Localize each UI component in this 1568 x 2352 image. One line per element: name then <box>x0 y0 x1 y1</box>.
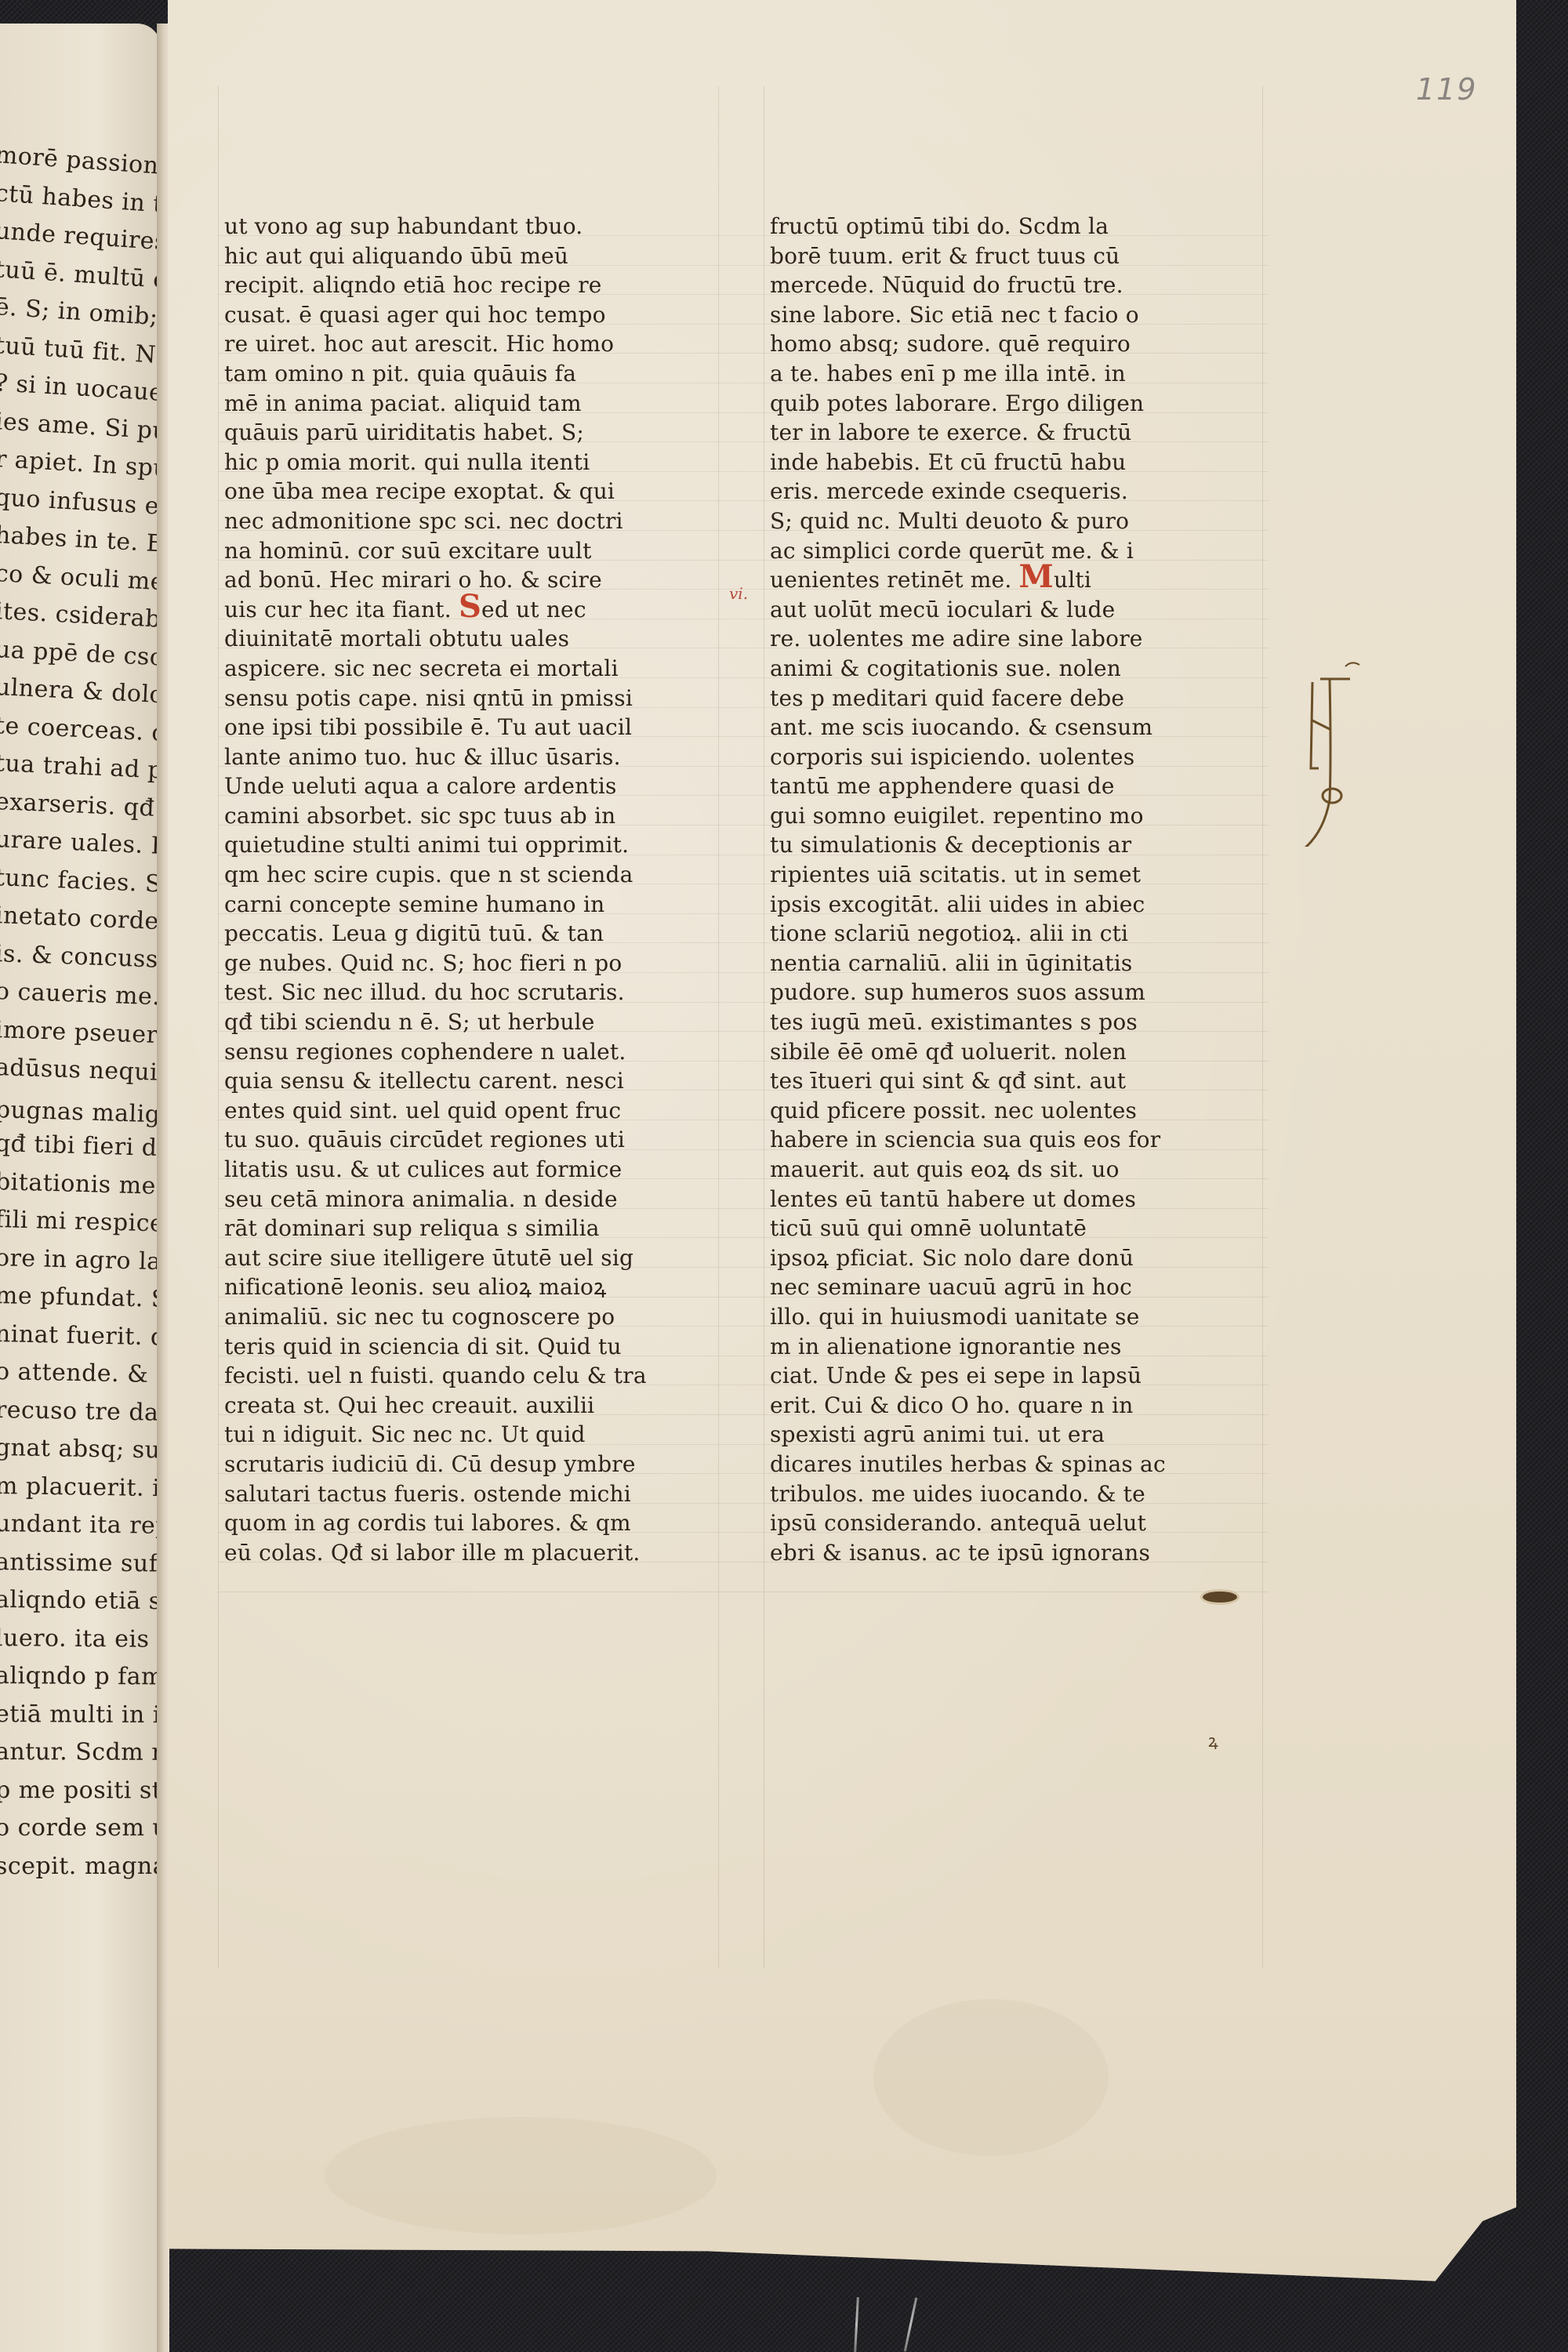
left-page-text-line: imore pseuerauerans. <box>0 1016 161 1053</box>
text-line: homo absq; sudore. quē requiro <box>770 329 1240 359</box>
line-text: carni concepte semine humano in <box>224 891 604 917</box>
text-line: a te. habes enī p me illa intē. in <box>770 359 1240 389</box>
left-page-text-line: me pfundat. S; pt qu <box>0 1282 161 1315</box>
left-page-text-line: luero. ita eis attenuat <box>0 1624 161 1654</box>
line-text: erit. Cui & dico O ho. quare n in <box>770 1392 1134 1418</box>
text-line: gui somno euigilet. repentino mo <box>770 801 1240 831</box>
text-line: re uiret. hoc aut arescit. Hic homo <box>224 329 695 359</box>
line-text: homo absq; sudore. quē requiro <box>770 331 1131 357</box>
ruling-line-vertical <box>1262 86 1263 1968</box>
text-line: hic aut qui aliquando ūbū meū <box>224 241 695 271</box>
line-text: S; quid nc. Multi deuoto & puro <box>770 508 1129 534</box>
text-line: teris quid in sciencia di sit. Quid tu <box>224 1332 695 1362</box>
left-page-text-line: quo infusus es. omē q <box>0 484 161 526</box>
rubricated-initial-s: S <box>459 588 481 625</box>
text-line: qđ tibi sciendu n ē. S; ut herbule <box>224 1007 695 1037</box>
left-page-text-line: m placuerit. ipsa fru <box>0 1472 161 1504</box>
left-page-text-line: p me positi st. hom <box>0 1777 161 1805</box>
line-text: aspicere. sic nec secreta ei mortali <box>224 655 619 681</box>
text-line: tui n idiguit. Sic nec nc. Ut quid <box>224 1420 695 1450</box>
text-line: na hominū. cor suū excitare uult <box>224 536 695 566</box>
line-text: inde habebis. Et cū fructū habu <box>770 449 1126 475</box>
left-page-text-line: tua trahi ad peccatu <box>0 750 161 788</box>
line-text: aut scire siue itelligere ūtutē uel sig <box>224 1245 633 1271</box>
left-page-text-line: adūsus nequitias car <box>0 1054 161 1089</box>
text-line: lante animo tuo. huc & illuc ūsaris. <box>224 742 695 772</box>
text-line: ripientes uiā scitatis. ut in semet <box>770 860 1240 890</box>
text-line: eris. mercede exinde csequeris. <box>770 477 1240 506</box>
text-line: tes ītueri qui sint & qđ sint. aut <box>770 1066 1240 1096</box>
text-line: animi & cogitationis sue. nolen <box>770 654 1240 684</box>
text-line: erit. Cui & dico O ho. quare n in <box>770 1391 1240 1421</box>
line-text: nentia carnaliū. alii in ūginitatis <box>770 950 1132 976</box>
left-page-text-line: antissime sufficienti <box>0 1548 161 1579</box>
left-page-text-line: co & oculi mei acutiss <box>0 560 161 601</box>
text-line: Unde ueluti aqua a calore ardentis <box>224 771 695 801</box>
nota-marginal-sign <box>1289 643 1383 831</box>
line-text: ipsoꝝ pficiat. Sic nolo dare donū <box>770 1245 1134 1271</box>
text-line: aut uolūt mecū ioculari & lude <box>770 595 1240 625</box>
line-text: ad bonū. Hec mirari o ho. & scire <box>224 567 602 593</box>
line-text: aut uolūt mecū ioculari & lude <box>770 597 1115 622</box>
left-page-text-line: is. & concusso timore <box>0 940 161 977</box>
text-line: borē tuum. erit & fruct tuus cū <box>770 241 1240 271</box>
text-line: lentes eū tantū habere ut domes <box>770 1185 1240 1214</box>
left-page-text-line: scepit. magna dona <box>0 1853 161 1880</box>
line-text: tione sclariū negotioꝝ. alii in cti <box>770 920 1128 946</box>
line-text: camini absorbet. sic spc tuus ab in <box>224 803 615 829</box>
line-text: quom in ag cordis tui labores. & qm <box>224 1510 631 1536</box>
text-line: habere in sciencia sua quis eos for <box>770 1125 1240 1155</box>
text-line: ciat. Unde & pes ei sepe in lapsū <box>770 1361 1240 1391</box>
line-text: recipit. aliqndo etiā hoc recipe re <box>224 272 602 298</box>
line-text: na hominū. cor suū excitare uult <box>224 538 592 564</box>
line-text: ut vono ag sup habundant tbuo. <box>224 213 583 239</box>
text-line: aut scire siue itelligere ūtutē uel sig <box>224 1243 695 1273</box>
text-line: uis cur hec ita fiant. Sed ut nec <box>224 595 695 625</box>
text-line: rāt dominari sup reliqua s similia <box>224 1214 695 1243</box>
line-text: ticū suū qui omnē uoluntatē <box>770 1215 1087 1241</box>
text-line: tam omino n pit. quia quāuis fa <box>224 359 695 389</box>
text-line: creata st. Qui hec creauit. auxilii <box>224 1391 695 1421</box>
text-line: inde habebis. Et cū fructū habu <box>770 448 1240 477</box>
text-line: dicares inutiles herbas & spinas ac <box>770 1450 1240 1479</box>
left-page-text-line: ninat fuerit. dat fru <box>0 1320 161 1352</box>
text-line: tes p meditari quid facere debe <box>770 684 1240 713</box>
line-text: ac simplici corde querūt me. & i <box>770 538 1134 564</box>
line-text: mē in anima paciat. aliquid tam <box>224 390 582 416</box>
line-text: fecisti. uel n fuisti. quando celu & tra <box>224 1363 647 1388</box>
line-text: sibile ēē omē qđ uoluerit. nolen <box>770 1039 1127 1065</box>
line-text: litatis usu. & ut culices aut formice <box>224 1156 622 1182</box>
line-text: uenientes retinēt me. <box>770 567 1019 593</box>
line-text: test. Sic nec illud. du hoc scrutaris. <box>224 979 625 1005</box>
line-text: tu suo. quāuis circūdet regiones uti <box>224 1127 625 1152</box>
line-text: salutari tactus fueris. ostende michi <box>224 1481 631 1507</box>
text-line: fecisti. uel n fuisti. quando celu & tra <box>224 1361 695 1391</box>
text-line: nec seminare uacuū agrū in hoc <box>770 1272 1240 1302</box>
text-line: mercede. Nūquid do fructū tre. <box>770 270 1240 300</box>
line-text: sine labore. Sic etiā nec t facio o <box>770 302 1139 328</box>
line-text: quib potes laborare. Ergo diligen <box>770 390 1144 416</box>
line-text: borē tuum. erit & fruct tuus cū <box>770 243 1120 269</box>
text-line: salutari tactus fueris. ostende michi <box>224 1479 695 1509</box>
left-page-text-line: te coerceas. cū senseris <box>0 712 161 753</box>
text-line: cusat. ē quasi ager qui hoc tempo <box>224 300 695 330</box>
text-line: carni concepte semine humano in <box>224 890 695 920</box>
left-page-text-line: habes in te. Et qm hoc <box>0 521 161 564</box>
text-line: test. Sic nec illud. du hoc scrutaris. <box>224 978 695 1007</box>
text-line: seu cetā minora animalia. n deside <box>224 1185 695 1214</box>
line-text: tu simulationis & deceptionis ar <box>770 832 1131 858</box>
line-text-continuation: ed ut nec <box>481 597 586 622</box>
line-text: quāuis parū uiriditatis habet. S; <box>224 419 584 445</box>
left-page-text-line: fili mi respice quanto <box>0 1206 161 1240</box>
text-line: tu simulationis & deceptionis ar <box>770 830 1240 860</box>
line-text: a te. habes enī p me illa intē. in <box>770 361 1126 387</box>
left-page-text-line: ulnera & dolorē cordis <box>0 673 161 714</box>
text-line: ticū suū qui omnē uoluntatē <box>770 1214 1240 1243</box>
line-text: re. uolentes me adire sine labore <box>770 626 1143 652</box>
line-text: animaliū. sic nec tu cognoscere po <box>224 1304 615 1330</box>
line-text: diuinitatē mortali obtutu uales <box>224 626 569 652</box>
ruling-line <box>218 1592 1269 1592</box>
text-line: illo. qui in huiusmodi uanitate se <box>770 1302 1240 1332</box>
line-text: lentes eū tantū habere ut domes <box>770 1186 1136 1212</box>
text-line: ebri & isanus. ac te ipsū ignorans <box>770 1538 1240 1568</box>
line-text: creata st. Qui hec creauit. auxilii <box>224 1392 594 1418</box>
line-text: ciat. Unde & pes ei sepe in lapsū <box>770 1363 1142 1388</box>
line-text: pudore. sup humeros suos assum <box>770 979 1145 1005</box>
text-column-right: fructū optimū tibi do. Scdm laborē tuum.… <box>770 212 1240 1567</box>
book-gutter <box>157 24 169 2352</box>
line-text: entes quid sint. uel quid opent fruc <box>224 1098 621 1123</box>
text-line: ge nubes. Quid nc. S; hoc fieri n po <box>224 949 695 978</box>
text-line: qm hec scire cupis. que n st scienda <box>224 860 695 890</box>
line-text: qm hec scire cupis. que n st scienda <box>224 862 633 887</box>
line-text: ripientes uiā scitatis. ut in semet <box>770 862 1141 887</box>
text-line: sine labore. Sic etiā nec t facio o <box>770 300 1240 330</box>
left-page-text-line: aliqndo etiā suphabu <box>0 1586 161 1616</box>
line-text: quid pficere possit. nec uolentes <box>770 1098 1137 1123</box>
line-text: ge nubes. Quid nc. S; hoc fieri n po <box>224 950 622 976</box>
parchment-stain <box>873 1999 1109 2156</box>
line-text: peccatis. Leua g digitū tuū. & tan <box>224 920 604 946</box>
line-text: ant. me scis iuocando. & csensum <box>770 714 1152 740</box>
left-facing-page: morē passionis mee. Plurimctū habes in t… <box>0 24 161 2352</box>
line-text: eū colas. Qđ si labor ille m placuerit. <box>224 1540 641 1566</box>
text-line: entes quid sint. uel quid opent fruc <box>224 1096 695 1126</box>
line-text: mauerit. aut quis eoꝝ ds sit. uo <box>770 1156 1120 1182</box>
line-text: ipsū considerando. antequā uelut <box>770 1510 1146 1536</box>
text-line: ipsis excogitāt. alii uides in abiec <box>770 890 1240 920</box>
text-line: diuinitatē mortali obtutu uales <box>224 624 695 654</box>
left-page-text-line: qđ tibi fieri desideras. <box>0 1130 161 1165</box>
text-line: nec admonitione spc sci. nec doctri <box>224 506 695 536</box>
left-page-text-line: o caueris me. & si tē <box>0 978 161 1014</box>
text-line: one ūba mea recipe exoptat. & qui <box>224 477 695 506</box>
text-line: quom in ag cordis tui labores. & qm <box>224 1508 695 1538</box>
line-text: sensu potis cape. nisi qntū in pmissi <box>224 685 633 711</box>
line-text: dicares inutiles herbas & spinas ac <box>770 1451 1166 1477</box>
text-line: pudore. sup humeros suos assum <box>770 978 1240 1007</box>
ruling-line-vertical <box>764 86 764 1968</box>
text-line: S; quid nc. Multi deuoto & puro <box>770 506 1240 536</box>
marginal-insertion-mark <box>1203 1592 1237 1602</box>
chapter-number-rubric: vi. <box>729 584 748 603</box>
line-text: hic p omia morit. qui nulla itenti <box>224 449 590 475</box>
text-line: camini absorbet. sic spc tuus ab in <box>224 801 695 831</box>
ruling-line-vertical <box>718 86 719 1968</box>
line-text: teris quid in sciencia di sit. Quid tu <box>224 1334 622 1359</box>
text-line: uenientes retinēt me. Multi <box>770 565 1240 595</box>
text-line: spexisti agrū animi tui. ut era <box>770 1420 1240 1450</box>
left-page-text-line: r apiet. In spu acutissi <box>0 445 161 488</box>
manuscript-page-recto: 119 ut vono ag sup habundant tbuo.hic au… <box>168 0 1516 2309</box>
line-text: ebri & isanus. ac te ipsū ignorans <box>770 1540 1150 1566</box>
line-text: tantū me apphendere quasi de <box>770 773 1115 799</box>
left-page-text-line: etiā multi in illi att <box>0 1700 161 1730</box>
text-line: one ipsi tibi possibile ē. Tu aut uacil <box>224 713 695 742</box>
nota-mark-icon <box>1289 643 1383 847</box>
text-line: quid pficere possit. nec uolentes <box>770 1096 1240 1126</box>
left-page-text-line: ore in agro laboret. <box>0 1244 161 1277</box>
line-text: illo. qui in huiusmodi uanitate se <box>770 1304 1139 1330</box>
text-line: tu suo. quāuis circūdet regiones uti <box>224 1125 695 1155</box>
line-text: tes iugū meū. existimantes s pos <box>770 1009 1138 1035</box>
line-text: spexisti agrū animi tui. ut era <box>770 1421 1105 1447</box>
left-page-text-line: exarseris. qđ tot liqu <box>0 788 161 826</box>
left-page-text-line: ites. csiderabūt qđ iure <box>0 597 161 640</box>
text-line: ac simplici corde querūt me. & i <box>770 536 1240 566</box>
line-text-continuation: ulti <box>1054 567 1091 593</box>
ruling-line-vertical <box>218 86 219 1968</box>
line-text: rāt dominari sup reliqua s similia <box>224 1215 600 1241</box>
text-line: corporis sui ispiciendo. uolentes <box>770 742 1240 772</box>
text-line: mē in anima paciat. aliquid tam <box>224 389 695 419</box>
line-text: m in alienatione ignorantie nes <box>770 1334 1122 1359</box>
line-text: tes p meditari quid facere debe <box>770 685 1124 711</box>
text-line: ipsū considerando. antequā uelut <box>770 1508 1240 1538</box>
text-line: peccatis. Leua g digitū tuū. & tan <box>224 919 695 949</box>
line-text: one ūba mea recipe exoptat. & qui <box>224 478 615 504</box>
text-line: ipsoꝝ pficiat. Sic nolo dare donū <box>770 1243 1240 1273</box>
text-line: quietudine stulti animi tui opprimit. <box>224 830 695 860</box>
text-line: ut vono ag sup habundant tbuo. <box>224 212 695 241</box>
left-page-text-line: ua ppē de csciencia tua <box>0 636 161 677</box>
line-text: mercede. Nūquid do fructū tre. <box>770 272 1123 298</box>
line-text: uis cur hec ita fiant. <box>224 597 459 622</box>
line-text: tui n idiguit. Sic nec nc. Ut quid <box>224 1421 586 1447</box>
line-text: cusat. ē quasi ager qui hoc tempo <box>224 302 606 328</box>
line-text: eris. mercede exinde csequeris. <box>770 478 1128 504</box>
line-text: tam omino n pit. quia quāuis fa <box>224 361 576 387</box>
left-page-text-line: urare uales. Et ecce ips <box>0 826 161 865</box>
text-line: nificationē leonis. seu alioꝝ maioꝝ <box>224 1272 695 1302</box>
left-page-text-line: inetato corde & mad <box>0 902 161 938</box>
text-line: tantū me apphendere quasi de <box>770 771 1240 801</box>
text-line: ant. me scis iuocando. & csensum <box>770 713 1240 742</box>
text-line: eū colas. Qđ si labor ille m placuerit. <box>224 1538 695 1568</box>
line-text: tes ītueri qui sint & qđ sint. aut <box>770 1068 1126 1094</box>
line-text: habere in sciencia sua quis eos for <box>770 1127 1160 1152</box>
left-page-text-line: o attende. & csidera <box>0 1358 161 1390</box>
line-text: animi & cogitationis sue. nolen <box>770 655 1121 681</box>
line-text: re uiret. hoc aut arescit. Hic homo <box>224 331 614 357</box>
text-line: scrutaris iudiciū di. Cū desup ymbre <box>224 1450 695 1479</box>
text-line: hic p omia morit. qui nulla itenti <box>224 448 695 477</box>
line-text: ter in labore te exerce. & fructū <box>770 419 1132 445</box>
text-line: recipit. aliqndo etiā hoc recipe re <box>224 270 695 300</box>
line-text: Unde ueluti aqua a calore ardentis <box>224 773 617 799</box>
line-text: seu cetā minora animalia. n deside <box>224 1186 618 1212</box>
line-text: fructū optimū tibi do. Scdm la <box>770 213 1109 239</box>
marginal-flourish: ꝝ <box>1208 1729 1218 1752</box>
text-line: mauerit. aut quis eoꝝ ds sit. uo <box>770 1155 1240 1185</box>
line-text: qđ tibi sciendu n ē. S; ut herbule <box>224 1009 594 1035</box>
text-line: sibile ēē omē qđ uoluerit. nolen <box>770 1037 1240 1067</box>
text-line: litatis usu. & ut culices aut formice <box>224 1155 695 1185</box>
text-line: fructū optimū tibi do. Scdm la <box>770 212 1240 241</box>
line-text: corporis sui ispiciendo. uolentes <box>770 744 1134 770</box>
line-text: quia sensu & itellectu carent. nesci <box>224 1068 624 1094</box>
left-page-text-line: pugnas malignoꝝ spu <box>0 1092 161 1132</box>
text-line: aspicere. sic nec secreta ei mortali <box>224 654 695 684</box>
text-line: animaliū. sic nec tu cognoscere po <box>224 1302 695 1332</box>
left-page-text-line: gnat absq; sudore lab <box>0 1434 161 1466</box>
folio-number: 119 <box>1416 72 1478 107</box>
line-text: nificationē leonis. seu alioꝝ maioꝝ <box>224 1274 606 1300</box>
line-text: nec seminare uacuū agrū in hoc <box>770 1274 1132 1300</box>
left-page-text-line: antur. Scdm modu <box>0 1738 161 1766</box>
text-line: m in alienatione ignorantie nes <box>770 1332 1240 1362</box>
text-line: sensu potis cape. nisi qntū in pmissi <box>224 684 695 713</box>
line-text: lante animo tuo. huc & illuc ūsaris. <box>224 744 621 770</box>
parchment-stain <box>325 2117 717 2234</box>
line-text: scrutaris iudiciū di. Cū desup ymbre <box>224 1451 636 1477</box>
line-text: quietudine stulti animi tui opprimit. <box>224 832 629 858</box>
text-line: ter in labore te exerce. & fructū <box>770 418 1240 448</box>
text-line: tione sclariū negotioꝝ. alii in cti <box>770 919 1240 949</box>
text-line: quāuis parū uiriditatis habet. S; <box>224 418 695 448</box>
text-line: tes iugū meū. existimantes s pos <box>770 1007 1240 1037</box>
left-page-text-line: aliqndo p fame u <box>0 1662 161 1691</box>
line-text: tribulos. me uides iuocando. & te <box>770 1481 1145 1507</box>
left-page-text-line: recuso tre dare hoc. <box>0 1396 161 1428</box>
line-text: gui somno euigilet. repentino mo <box>770 803 1144 829</box>
left-page-text-line: tunc facies. Si tē in <box>0 864 161 901</box>
text-line: tribulos. me uides iuocando. & te <box>770 1479 1240 1509</box>
left-page-text-line: bitationis mee ponā <box>0 1168 161 1202</box>
line-text: nec admonitione spc sci. nec doctri <box>224 508 623 534</box>
text-line: quia sensu & itellectu carent. nesci <box>224 1066 695 1096</box>
left-page-text-line: ē. S; in omib; his. caput <box>0 293 161 339</box>
left-page-text-line: tuū tuū fit. Nam sup <box>0 332 161 375</box>
text-column-left: ut vono ag sup habundant tbuo.hic aut qu… <box>224 212 695 1567</box>
text-line: nentia carnaliū. alii in ūginitatis <box>770 949 1240 978</box>
line-text: one ipsi tibi possibile ē. Tu aut uacil <box>224 714 632 740</box>
text-line: re. uolentes me adire sine labore <box>770 624 1240 654</box>
text-line: quib potes laborare. Ergo diligen <box>770 389 1240 419</box>
text-line: sensu regiones cophendere n ualet. <box>224 1037 695 1067</box>
line-text: ipsis excogitāt. alii uides in abiec <box>770 891 1145 917</box>
left-page-text-line: o corde sem ubi m <box>0 1814 161 1842</box>
left-page-text-line: undant ita replet. ut <box>0 1510 161 1541</box>
rubricated-initial-m: M <box>1019 558 1054 595</box>
line-text: sensu regiones cophendere n ualet. <box>224 1039 626 1065</box>
line-text: hic aut qui aliquando ūbū meū <box>224 243 568 269</box>
